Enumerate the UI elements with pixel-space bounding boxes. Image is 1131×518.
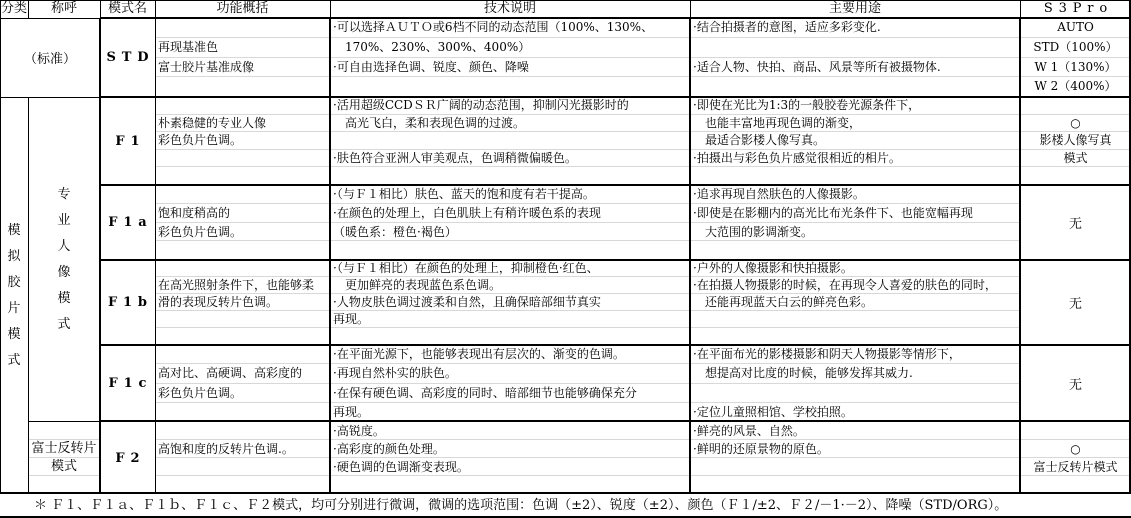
text-line: ·活用超级CCDＳＲ广阔的动态范围，抑制闪光摄影时的 <box>330 97 690 115</box>
text-line: ·在平面光源下，也能够表现出有层次的、渐变的色调。 <box>330 345 690 364</box>
text-line <box>690 38 1020 58</box>
text-line <box>155 345 330 364</box>
table-border-horizontal <box>0 18 100 19</box>
text-line <box>155 167 330 185</box>
text-line: W 2（400%） <box>1020 77 1131 97</box>
group-pro-portrait-mode: 专业人像模式 <box>28 97 100 422</box>
text-line <box>28 422 100 440</box>
text-line <box>155 422 330 440</box>
col-header-usage: 主要用途 <box>690 0 1020 18</box>
f1b-s3pro-cell: 无 <box>1020 260 1131 345</box>
text-line <box>690 311 1020 328</box>
text-line: 彩色负片色调。 <box>155 223 330 242</box>
text-line: ·在保有硬色调、高彩度的同时、暗部细节也能够确保充分 <box>330 384 690 403</box>
text-line: （暖色系：橙色·褐色） <box>330 223 690 242</box>
s3pro-label: S3Pro <box>1044 1 1113 16</box>
table-border-vertical <box>0 0 1 494</box>
text-line <box>155 241 330 260</box>
text-line: 朴素稳健的专业人像 <box>155 115 330 133</box>
text-line: ·在平面布光的影楼摄影和阴天人物摄影等情形下， <box>690 345 1020 364</box>
text-line: 富士胶片基准成像 <box>155 58 330 78</box>
text-line <box>690 458 1020 476</box>
text-line <box>690 77 1020 97</box>
f2-usage-cell: ·鲜亮的风景、自然。·鲜明的还原景物的原色。 <box>690 422 1020 494</box>
vertical-char: 拟 <box>7 244 20 270</box>
text-line: ·可自由选择色调、锐度、颜色、降噪 <box>330 58 690 78</box>
text-line: ○ <box>1020 115 1131 133</box>
table-border-vertical <box>690 0 691 18</box>
f1-mode-cell: F1 <box>100 97 155 185</box>
text-line <box>690 328 1020 345</box>
group-film-simulation-mode: 模拟胶片模式 <box>0 97 28 494</box>
text-line: 再现。 <box>330 311 690 328</box>
text-line <box>330 241 690 260</box>
text-line: 还能再现蓝天白云的鲜亮色彩。 <box>690 294 1020 311</box>
text-line <box>155 97 330 115</box>
text-line: 170%、230%、300%、400%） <box>330 38 690 58</box>
text-line: 彩色负片色调。 <box>155 132 330 150</box>
text-line: 高对比、高硬调、高彩度的 <box>155 364 330 383</box>
vertical-char: 片 <box>7 296 20 322</box>
vertical-char: 像 <box>57 260 70 286</box>
col-header-mode: 模式名 <box>100 0 155 18</box>
f1a-mode-label: F1a <box>108 215 152 230</box>
text-line: ·适合人物、快拍、商品、风景等所有被摄物体. <box>690 58 1020 78</box>
mode-comparison-table: 分类 称呼 模式名 功能概括 技术说明 主要用途 S3Pro （标准） STD … <box>0 0 1131 518</box>
table-border-horizontal <box>100 17 1131 19</box>
text-line: 大范围的影调渐变。 <box>690 223 1020 242</box>
table-border-vertical <box>155 0 156 18</box>
f1-tech-cell: ·活用超级CCDＳＲ广阔的动态范围，抑制闪光摄影时的 高光飞白，柔和表现色调的过… <box>330 97 690 185</box>
text-line: ○ <box>1020 440 1131 458</box>
std-s3pro-cell: AUTOSTD（100%）W 1（130%）W 2（400%） <box>1020 18 1131 97</box>
f2-mode-cell: F2 <box>100 422 155 494</box>
table-border-horizontal <box>0 97 100 98</box>
table-border-vertical <box>155 18 156 494</box>
table-border-vertical <box>100 0 101 18</box>
text-line: 富士反转片 <box>28 440 100 458</box>
table-border-vertical <box>28 97 29 494</box>
text-line: 富士反转片模式 <box>1020 458 1131 476</box>
f1-mode-label: F1 <box>115 134 145 149</box>
text-line: ·再现自然朴实的肤色。 <box>330 364 690 383</box>
col-header-name: 称呼 <box>28 0 100 18</box>
text-line: 模式 <box>1020 150 1131 168</box>
text-line: ·硬色调的色调渐变表现。 <box>330 458 690 476</box>
text-line: ·鲜亮的风景、自然。 <box>690 422 1020 440</box>
vertical-char: 业 <box>57 208 70 234</box>
text-line: 高光飞白，柔和表现色调的过渡。 <box>330 115 690 133</box>
text-line: ·可以选择ＡＵＴＯ或6档不同的动态范围（100%、130%、 <box>330 18 690 38</box>
col-header-s3pro: S3Pro <box>1020 0 1131 18</box>
f1a-usage-cell: ·追求再现自然肤色的人像摄影。·即使是在影棚内的高光比布光条件下、也能宽幅再现 … <box>690 185 1020 260</box>
text-line: 饱和度稍高的 <box>155 204 330 223</box>
table-border-vertical <box>1019 18 1021 494</box>
f2-tech-cell: ·高锐度。·高彩度的颜色处理。·硬色调的色调渐变表现。 <box>330 422 690 494</box>
text-line: ·拍摄出与彩色负片感觉很相近的相片。 <box>690 150 1020 168</box>
table-border-horizontal <box>100 96 1131 98</box>
text-line <box>155 458 330 476</box>
f2-mode-label: F2 <box>115 451 145 466</box>
text-line <box>1020 422 1131 440</box>
col-header-summary: 功能概括 <box>155 0 330 18</box>
f1a-summary-cell: 饱和度稍高的彩色负片色调。 <box>155 185 330 260</box>
vertical-char: 模 <box>57 286 70 312</box>
f1b-summary-cell: 在高光照射条件下，也能够柔滑的表现反转片色调。 <box>155 260 330 345</box>
col-header-tech: 技术说明 <box>330 0 690 18</box>
f1c-mode-cell: F1c <box>100 345 155 422</box>
group-fuji-reversal-mode: 富士反转片模式 <box>28 422 100 494</box>
f1c-summary-cell: 高对比、高硬调、高彩度的彩色负片色调。 <box>155 345 330 422</box>
text-line <box>155 260 330 277</box>
text-line <box>690 384 1020 403</box>
vertical-char: 人 <box>57 234 70 260</box>
f2-s3pro-cell: ○富士反转片模式 <box>1020 422 1131 494</box>
text-line <box>155 185 330 204</box>
text-line: 想提高对比度的时候，能够发挥其威力. <box>690 364 1020 383</box>
text-line: ·即使是在影棚内的高光比布光条件下、也能宽幅再现 <box>690 204 1020 223</box>
std-usage-cell: ·结合拍摄者的意图，适应多彩变化.·适合人物、快拍、商品、风景等所有被摄物体. <box>690 18 1020 97</box>
vertical-char: 模 <box>7 322 20 348</box>
f1-usage-cell: ·即使在光比为1:3的一般胶卷光源条件下， 也能丰富地再现色调的渐变， 最适合影… <box>690 97 1020 185</box>
text-line: ·在拍摄人物摄影的时候，在再现令人喜爱的肤色的同时， <box>690 277 1020 294</box>
vertical-char: 专 <box>57 182 70 208</box>
text-line <box>330 167 690 185</box>
text-line: 在高光照射条件下，也能够柔 <box>155 277 330 294</box>
table-border-horizontal <box>100 420 1131 422</box>
table-border-horizontal <box>100 184 1131 186</box>
text-line: 滑的表现反转片色调。 <box>155 294 330 311</box>
text-line <box>1020 97 1131 115</box>
text-line: ·结合拍摄者的意图，适应多彩变化. <box>690 18 1020 38</box>
std-category-cell: （标准） <box>0 18 100 97</box>
vertical-char: 式 <box>7 348 20 374</box>
vertical-char: 模 <box>7 218 20 244</box>
text-line: ·（与Ｆ１相比）在颜色的处理上，抑制橙色·红色、 <box>330 260 690 277</box>
text-line: ·户外的人像摄影和快拍摄影。 <box>690 260 1020 277</box>
text-line: ·即使在光比为1:3的一般胶卷光源条件下， <box>690 97 1020 115</box>
f1c-tech-cell: ·在平面光源下，也能够表现出有层次的、渐变的色调。·再现自然朴实的肤色。·在保有… <box>330 345 690 422</box>
text-line: W 1（130%） <box>1020 58 1131 78</box>
text-line: 再现基准色 <box>155 38 330 58</box>
f1c-usage-cell: ·在平面布光的影楼摄影和阴天人物摄影等情形下， 想提高对比度的时候，能够发挥其威… <box>690 345 1020 422</box>
text-line <box>330 77 690 97</box>
table-border-vertical <box>1020 0 1021 18</box>
table-border-horizontal <box>0 0 1131 1</box>
table-border-horizontal <box>28 421 100 422</box>
text-line: STD（100%） <box>1020 38 1131 58</box>
text-line: 高饱和度的反转片色调.。 <box>155 440 330 458</box>
std-mode-label: STD <box>106 50 154 65</box>
text-line <box>155 77 330 97</box>
text-line: AUTO <box>1020 18 1131 38</box>
table-border-vertical <box>28 0 29 18</box>
text-line: ·人物皮肤色调过渡柔和自然，且确保暗部细节真实 <box>330 294 690 311</box>
table-border-horizontal <box>0 492 1131 494</box>
vertical-char: 式 <box>57 312 70 338</box>
table-border-vertical <box>330 0 331 18</box>
f1a-tech-cell: ·（与Ｆ１相比）肤色、蓝天的饱和度有若干提高。·在颜色的处理上，白色肌肤上有稍许… <box>330 185 690 260</box>
f1b-tech-cell: ·（与Ｆ１相比）在颜色的处理上，抑制橙色·红色、 更加鲜亮的表现蓝色系色调。·人… <box>330 260 690 345</box>
text-line <box>690 167 1020 185</box>
text-line <box>155 328 330 345</box>
f1b-mode-cell: F1b <box>100 260 155 345</box>
std-mode-cell: STD <box>100 18 155 97</box>
footnote-fine-tuning: ＊ Ｆ１、Ｆ１ａ、Ｆ１ｂ、Ｆ１ｃ、Ｆ２模式，均可分别进行微调，微调的选项范围：色… <box>0 494 1131 516</box>
table-border-vertical <box>99 18 101 494</box>
text-line <box>155 150 330 168</box>
f1b-usage-cell: ·户外的人像摄影和快拍摄影。·在拍摄人物摄影的时候，在再现令人喜爱的肤色的同时，… <box>690 260 1020 345</box>
text-line <box>155 18 330 38</box>
text-line: ·追求再现自然肤色的人像摄影。 <box>690 185 1020 204</box>
text-line <box>330 328 690 345</box>
table-border-horizontal <box>100 259 1131 261</box>
std-tech-cell: ·可以选择ＡＵＴＯ或6档不同的动态范围（100%、130%、 170%、230%… <box>330 18 690 97</box>
table-border-vertical <box>689 18 691 494</box>
text-line: ·肤色符合亚洲人审美观点，色调稍微偏暖色。 <box>330 150 690 168</box>
table-border-vertical <box>329 18 331 494</box>
text-line <box>690 241 1020 260</box>
f1a-s3pro-cell: 无 <box>1020 185 1131 260</box>
f1c-s3pro-cell: 无 <box>1020 345 1131 422</box>
f1a-mode-cell: F1a <box>100 185 155 260</box>
f2-summary-cell: 高饱和度的反转片色调.。 <box>155 422 330 494</box>
text-line: 彩色负片色调。 <box>155 384 330 403</box>
f1-s3pro-cell: ○影楼人像写真模式 <box>1020 97 1131 185</box>
text-line: 也能丰富地再现色调的渐变， <box>690 115 1020 133</box>
text-line: 模式 <box>28 458 100 476</box>
text-line: ·鲜明的还原景物的原色。 <box>690 440 1020 458</box>
text-line: 影楼人像写真 <box>1020 132 1131 150</box>
text-line: ·高彩度的颜色处理。 <box>330 440 690 458</box>
text-line <box>155 311 330 328</box>
f1-summary-cell: 朴素稳健的专业人像彩色负片色调。 <box>155 97 330 185</box>
f1c-mode-label: F1c <box>109 376 153 391</box>
col-header-category: 分类 <box>0 0 28 18</box>
text-line <box>1020 167 1131 185</box>
std-summary-cell: 再现基准色富士胶片基准成像 <box>155 18 330 97</box>
f1b-mode-label: F1b <box>108 295 153 310</box>
text-line: ·高锐度。 <box>330 422 690 440</box>
text-line: 最适合影楼人像写真。 <box>690 132 1020 150</box>
text-line <box>330 132 690 150</box>
vertical-char: 胶 <box>7 270 20 296</box>
text-line: ·在颜色的处理上，白色肌肤上有稍许暖色系的表现 <box>330 204 690 223</box>
text-line: 更加鲜亮的表现蓝色系色调。 <box>330 277 690 294</box>
text-line: ·（与Ｆ１相比）肤色、蓝天的饱和度有若干提高。 <box>330 185 690 204</box>
table-border-horizontal <box>100 344 1131 346</box>
